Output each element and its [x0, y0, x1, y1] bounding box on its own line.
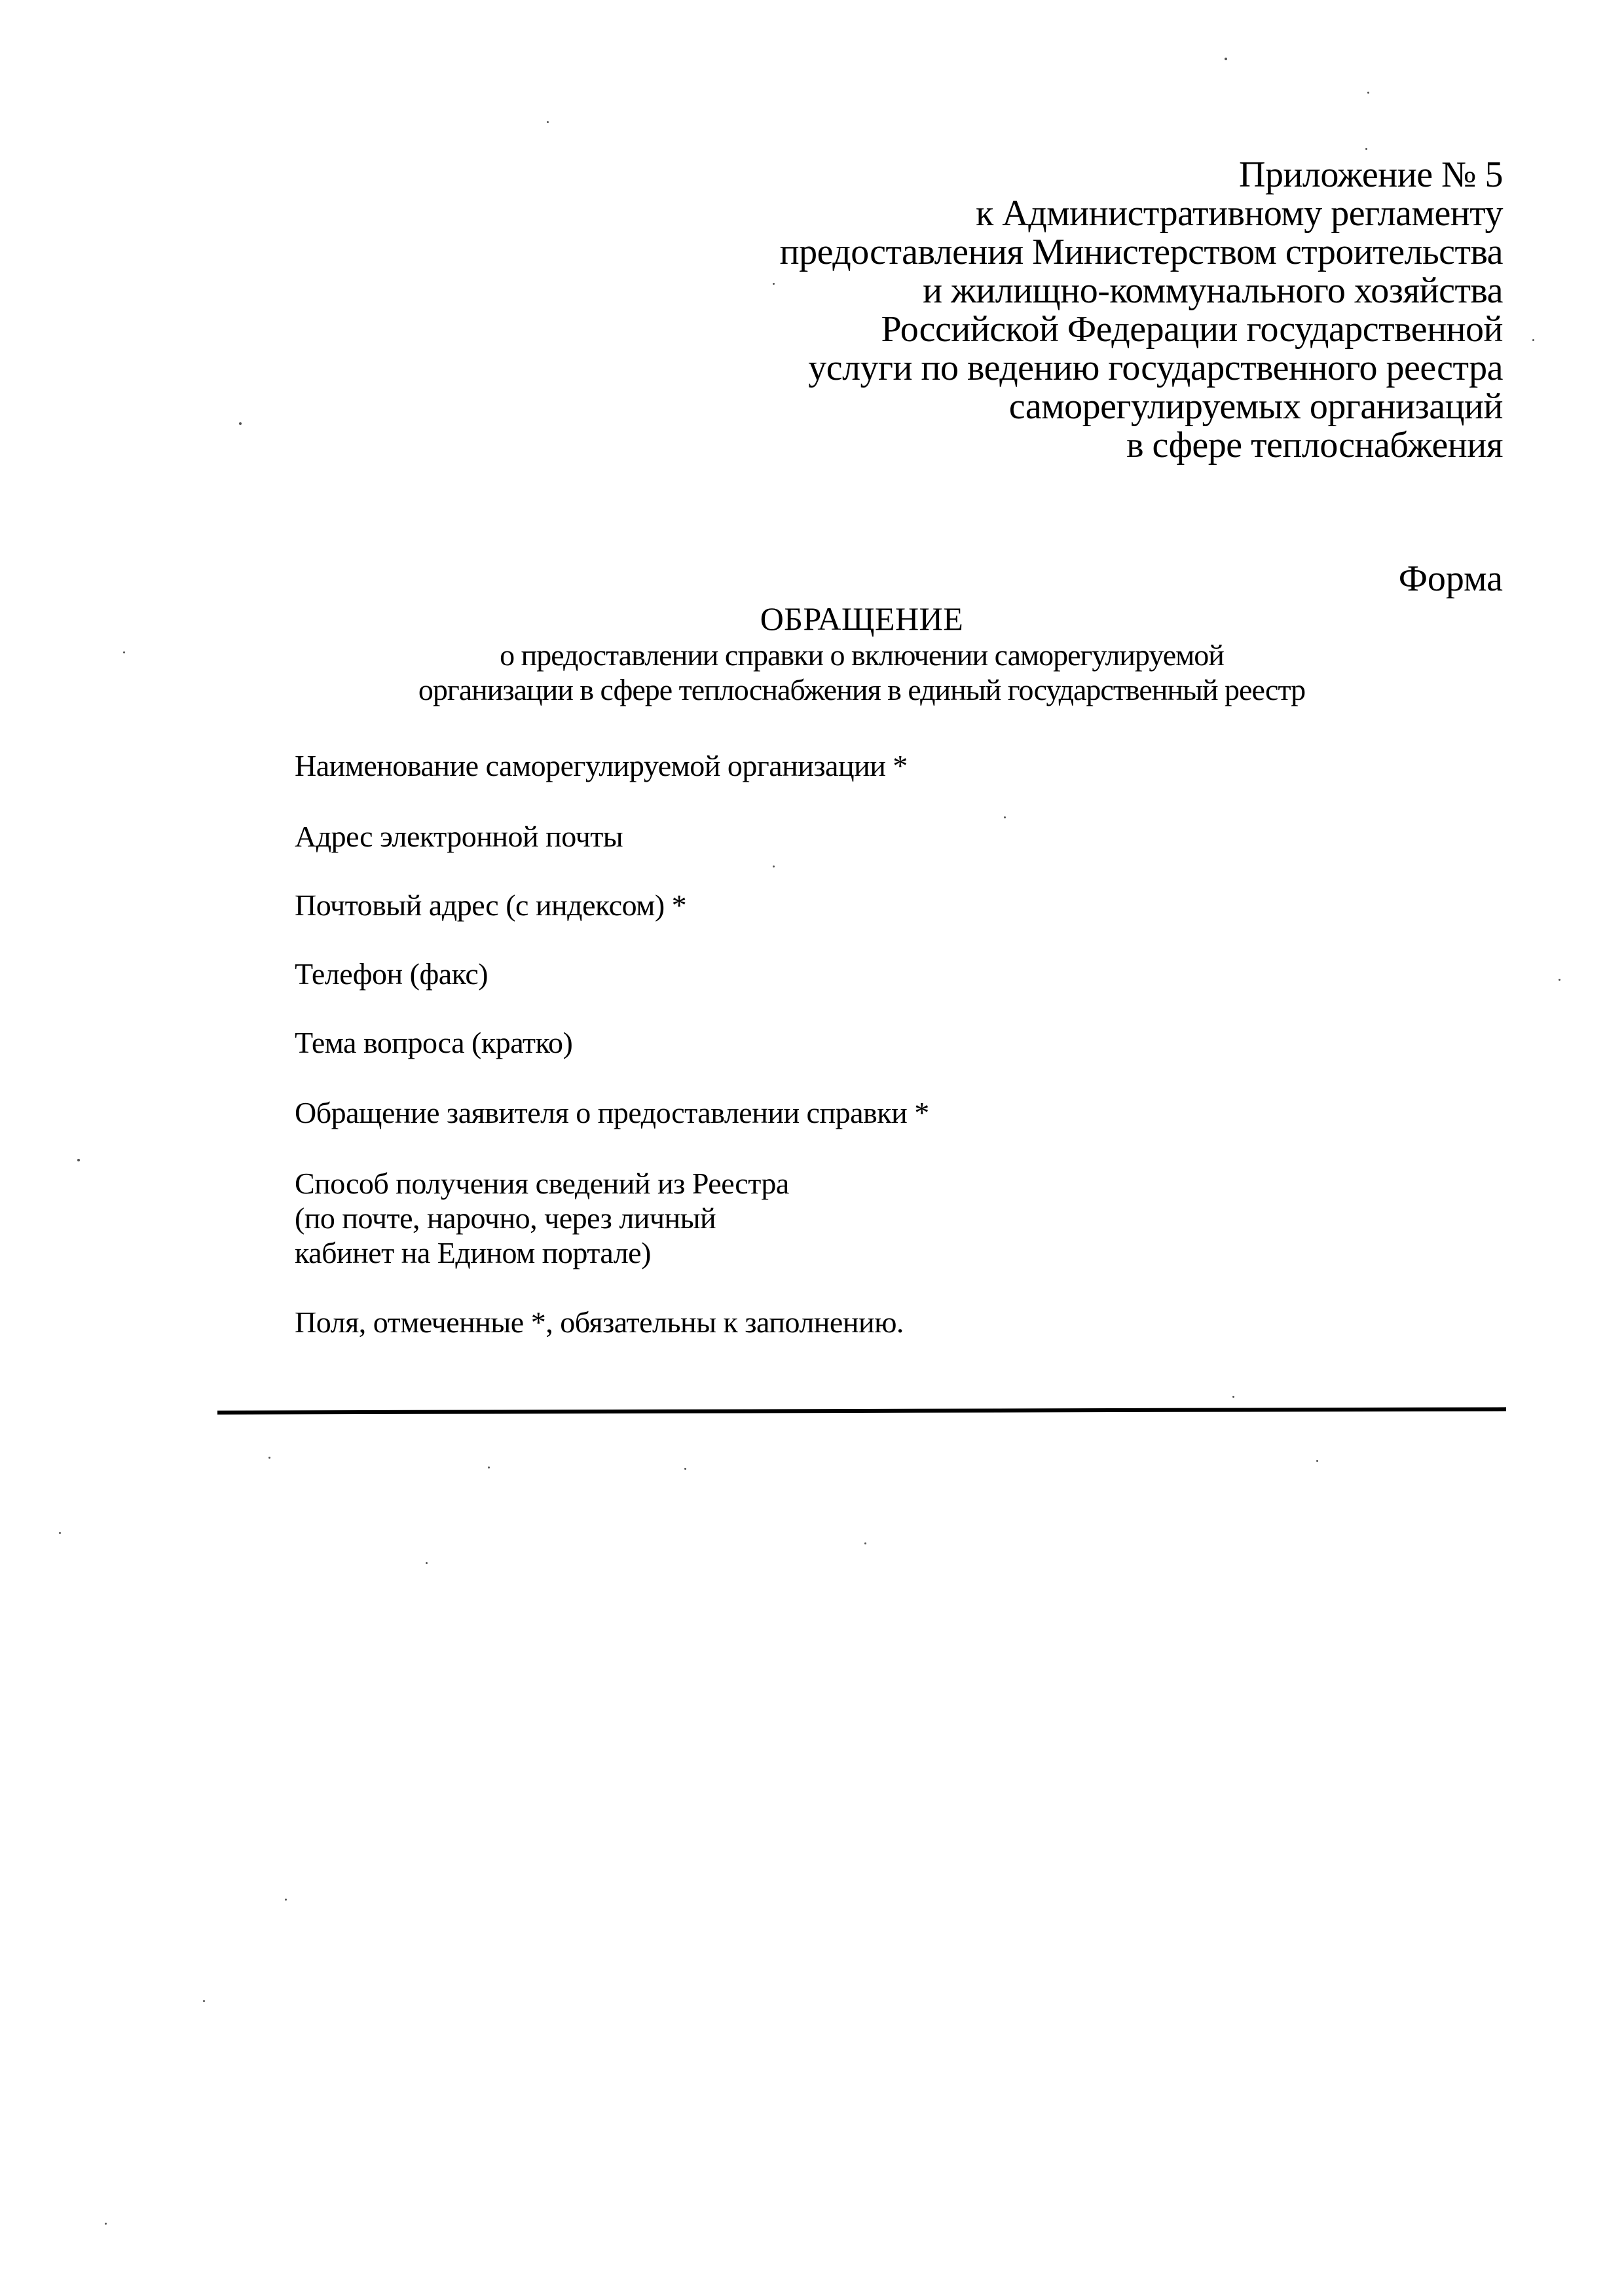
scan-speck	[105, 2223, 107, 2225]
required-fields-note: Поля, отмеченные *, обязательны к заполн…	[295, 1305, 904, 1339]
field-label-delivery-method: Способ получения сведений из Реестра (по…	[295, 1166, 1015, 1270]
scan-speck	[59, 1532, 61, 1534]
scan-speck	[1225, 58, 1227, 60]
appendix-reference-block: Приложение № 5 к Административному регла…	[780, 156, 1503, 465]
scan-speck	[1004, 816, 1006, 818]
appendix-line: саморегулируемых организаций	[780, 388, 1503, 426]
scan-speck	[773, 866, 775, 867]
scan-speck	[864, 1542, 866, 1544]
scan-speck	[488, 1467, 490, 1468]
field-label-delivery-method-line: (по почте, нарочно, через личный	[295, 1201, 1015, 1235]
field-label-phone: Телефон (факс)	[295, 957, 488, 991]
field-label-organization-name: Наименование саморегулируемой организаци…	[295, 748, 908, 783]
appendix-line: к Административному регламенту	[780, 194, 1503, 233]
scan-speck	[773, 283, 775, 285]
document-subtitle-line: организации в сфере теплоснабжения в еди…	[102, 672, 1621, 707]
scan-speck	[409, 1054, 411, 1056]
scan-speck	[426, 1562, 428, 1564]
form-type-label: Форма	[1399, 560, 1503, 598]
appendix-line: в сфере теплоснабжения	[780, 426, 1503, 465]
scan-speck	[1365, 148, 1367, 150]
appendix-line: Приложение № 5	[780, 156, 1503, 194]
scan-speck	[239, 422, 242, 425]
scan-speck	[203, 2000, 205, 2002]
scan-speck	[547, 121, 549, 123]
field-label-email: Адрес электронной почты	[295, 819, 623, 854]
document-title: ОБРАЩЕНИЕ	[102, 600, 1621, 638]
scan-speck	[123, 651, 125, 653]
scan-speck	[268, 1457, 270, 1459]
appendix-line: и жилищно-коммунального хозяйства	[780, 272, 1503, 310]
horizontal-rule	[217, 1407, 1506, 1414]
appendix-line: предоставления Министерством строительст…	[780, 233, 1503, 272]
field-label-request: Обращение заявителя о предоставлении спр…	[295, 1095, 929, 1130]
document-page: Приложение № 5 к Административному регла…	[0, 0, 1624, 2296]
scan-speck	[285, 1899, 287, 1901]
appendix-line: Российской Федерации государственной	[780, 310, 1503, 349]
title-block: ОБРАЩЕНИЕ о предоставлении справки о вкл…	[102, 600, 1621, 707]
scan-speck	[1316, 1460, 1318, 1462]
field-label-delivery-method-line: Способ получения сведений из Реестра	[295, 1166, 1015, 1201]
scan-speck	[1232, 1396, 1234, 1398]
scan-speck	[77, 1159, 80, 1161]
field-label-postal-address: Почтовый адрес (с индексом) *	[295, 888, 686, 922]
scan-speck	[684, 1468, 686, 1470]
scan-speck	[1367, 92, 1369, 94]
document-subtitle-line: о предоставлении справки о включении сам…	[102, 638, 1621, 672]
field-label-delivery-method-line: кабинет на Едином портале)	[295, 1235, 1015, 1270]
appendix-line: услуги по ведению государственного реест…	[780, 349, 1503, 388]
scan-speck	[1532, 339, 1534, 341]
scan-speck	[1559, 979, 1560, 981]
field-label-question-topic: Тема вопроса (кратко)	[295, 1025, 572, 1060]
